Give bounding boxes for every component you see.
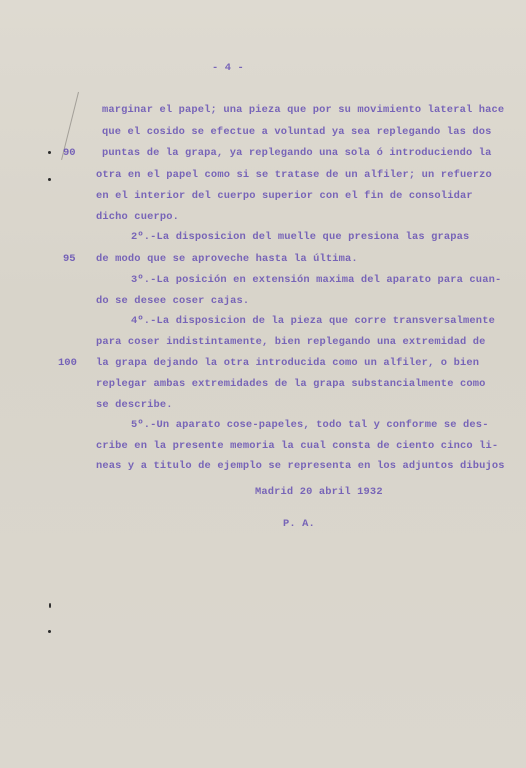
signature-initials: P. A.: [283, 518, 315, 530]
line-number: 90: [63, 147, 76, 159]
text-line: neas y a titulo de ejemplo se representa…: [96, 460, 505, 472]
text-line: 5º.-Un aparato cose-papeles, todo tal y …: [131, 419, 489, 431]
text-line: do se desee coser cajas.: [96, 295, 249, 307]
place-date: Madrid 20 abril 1932: [255, 486, 383, 498]
text-line: cribe en la presente memoria la cual con…: [96, 440, 498, 452]
text-line: marginar el papel; una pieza que por su …: [102, 104, 504, 116]
punch-dot: [49, 603, 51, 608]
text-line: que el cosido se efectue a voluntad ya s…: [102, 126, 492, 138]
punch-dot: [48, 630, 51, 633]
text-line: 3º.-La posición en extensión maxima del …: [131, 274, 501, 286]
text-line: de modo que se aproveche hasta la última…: [96, 253, 358, 265]
document-page: - 4 - marginar el papel; una pieza que p…: [0, 0, 526, 768]
text-line: la grapa dejando la otra introducida com…: [96, 357, 479, 369]
text-line: en el interior del cuerpo superior con e…: [96, 190, 473, 202]
page-number: - 4 -: [212, 62, 244, 74]
text-line: replegar ambas extremidades de la grapa …: [96, 378, 486, 390]
text-line: para coser indistintamente, bien replega…: [96, 336, 486, 348]
punch-dot: [48, 178, 51, 181]
line-number: 95: [63, 253, 76, 265]
text-line: dicho cuerpo.: [96, 211, 179, 223]
text-line: puntas de la grapa, ya replegando una so…: [102, 147, 492, 159]
punch-dot: [48, 151, 51, 154]
text-line: 2º.-La disposicion del muelle que presio…: [131, 231, 469, 243]
text-line: otra en el papel como si se tratase de u…: [96, 169, 492, 181]
text-line: 4º.-La disposicion de la pieza que corre…: [131, 315, 495, 327]
line-number: 100: [58, 357, 77, 369]
text-line: se describe.: [96, 399, 173, 411]
